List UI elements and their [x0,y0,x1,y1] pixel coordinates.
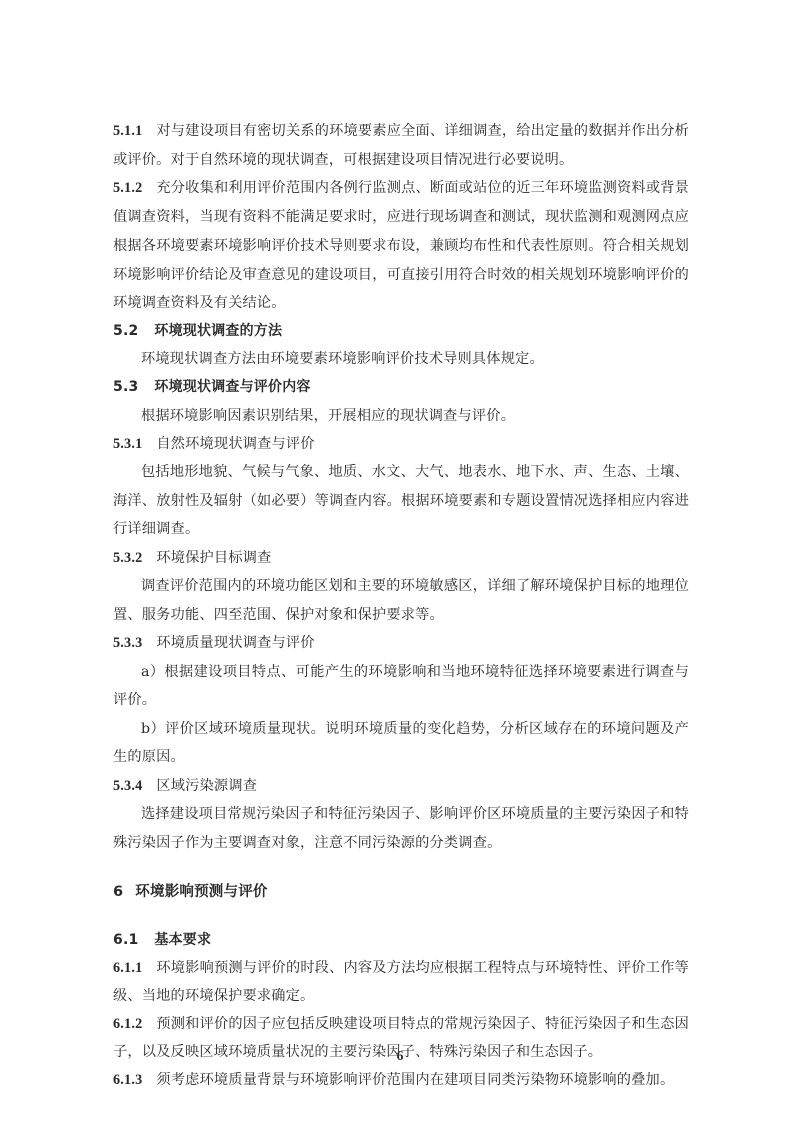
clause-5-3-2-line-1: 调查评价范围内的环境功能区划和主要的环境敏感区，详细了解环境保护目标的地理位 [113,576,689,596]
clause-6-1-1-line-2: 级、当地的环境保护要求确定。 [113,986,314,1006]
clause-5-3-2-line-2: 置、服务功能、四至范围、保护对象和保护要求等。 [113,605,444,625]
heading-6: 6环境影响预测与评价 [113,882,268,902]
heading-title: 基本要求 [154,932,211,948]
page-number: 6 [0,1049,800,1065]
clause-5-3-1-line-1: 包括地形地貌、气候与气象、地质、水文、大气、地表水、地下水、声、生态、土壤、 [113,462,689,482]
clause-6-1-1-line-1: 6.1.1环境影响预测与评价的时段、内容及方法均应根据工程特点与环境特性、评价工… [113,958,689,978]
heading-title: 环境保护目标调查 [156,550,271,566]
clause-6-1-2-line-1: 6.1.2预测和评价的因子应包括反映建设项目特点的常规污染因子、特征污染因子和生… [113,1014,689,1034]
clause-5-3-4-line-2: 殊污染因子作为主要调查对象，注意不同污染源的分类调查。 [113,833,501,853]
heading-title: 环境影响预测与评价 [135,884,267,900]
clause-5-1-1-line-2: 或评价。对于自然环境的现状调查，可根据建设项目情况进行必要说明。 [113,150,573,170]
heading-number: 5.3.1 [113,434,142,454]
heading-5-3: 5.3环境现状调查与评价内容 [113,377,311,397]
heading-title: 环境现状调查与评价内容 [154,379,310,395]
heading-number: 6 [113,882,123,902]
clause-5-3-1-line-3: 行详细调查。 [113,519,199,539]
clause-5-1-2-line-4: 环境影响评价结论及审查意见的建设项目，可直接引用符合时效的相关规划环境影响评价的 [113,265,689,285]
clause-6-1-3-line-1: 6.1.3须考虑环境质量背景与环境影响评价范围内在建项目同类污染物环境影响的叠加… [113,1070,674,1090]
clause-5-1-2-line-2: 值调查资料，当现有资料不能满足要求时，应进行现场调查和测试，现状监测和观测网点应 [113,207,689,227]
clause-number: 6.1.3 [113,1070,142,1090]
heading-number: 5.3.2 [113,548,142,568]
heading-5-2: 5.2环境现状调查的方法 [113,321,282,341]
clause-5-1-2-line-5: 环境调查资料及有关结论。 [113,293,286,313]
heading-title: 区域污染源调查 [156,778,257,794]
heading-number: 5.3 [113,377,138,397]
clause-5-3-3-item-b-line-2: 生的原因。 [113,747,185,767]
heading-title: 自然环境现状调查与评价 [156,436,314,452]
clause-number: 5.1.2 [113,178,142,198]
clause-5-1-2-line-1: 5.1.2充分收集和利用评价范围内各例行监测点、断面或站位的近三年环境监测资料或… [113,178,689,198]
clause-5-3-3-item-b-line-1: b）评价区域环境质量现状。说明环境质量的变化趋势，分析区域存在的环境问题及产 [113,719,689,739]
heading-5-3-1: 5.3.1自然环境现状调查与评价 [113,434,315,454]
clause-5-3-1-line-2: 海洋、放射性及辐射（如必要）等调查内容。根据环境要素和专题设置情况选择相应内容进 [113,491,689,511]
heading-5-3-2: 5.3.2环境保护目标调查 [113,548,271,568]
clause-number: 5.1.1 [113,121,142,141]
heading-number: 6.1 [113,930,138,950]
heading-number: 5.2 [113,321,138,341]
heading-title: 环境质量现状调查与评价 [156,635,314,651]
section-5-2-body: 环境现状调查方法由环境要素环境影响评价技术导则具体规定。 [113,349,544,369]
clause-5-3-3-item-a-line-2: 评价。 [113,690,156,710]
heading-5-3-4: 5.3.4区域污染源调查 [113,776,257,796]
clause-number: 6.1.1 [113,958,142,978]
clause-5-1-2-line-3: 根据各环境要素环境影响评价技术导则要求布设，兼顾均布性和代表性原则。符合相关规划 [113,236,689,256]
heading-number: 5.3.3 [113,633,142,653]
section-5-3-body: 根据环境影响因素识别结果，开展相应的现状调查与评价。 [113,406,515,426]
clause-number: 6.1.2 [113,1014,142,1034]
heading-5-3-3: 5.3.3环境质量现状调查与评价 [113,633,315,653]
clause-5-3-3-item-a-line-1: a）根据建设项目特点、可能产生的环境影响和当地环境特征选择环境要素进行调查与 [113,662,689,682]
heading-title: 环境现状调查的方法 [154,323,282,339]
heading-6-1: 6.1基本要求 [113,930,211,950]
clause-5-1-1-line-1: 5.1.1对与建设项目有密切关系的环境要素应全面、详细调查，给出定量的数据并作出… [113,121,689,141]
heading-number: 5.3.4 [113,776,142,796]
clause-5-3-4-line-1: 选择建设项目常规污染因子和特征污染因子、影响评价区环境质量的主要污染因子和特 [113,804,689,824]
